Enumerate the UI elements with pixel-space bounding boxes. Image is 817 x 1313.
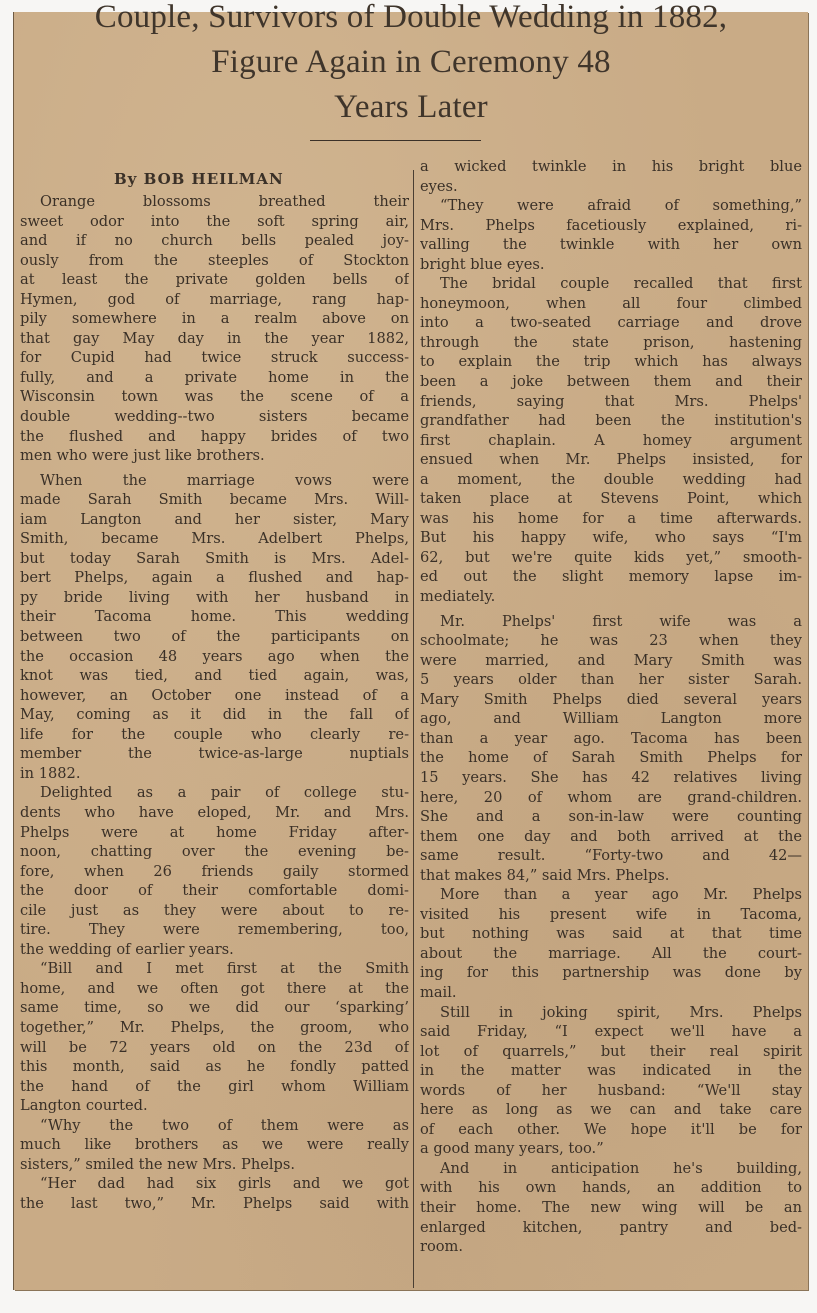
text-line: sweet odor into the soft spring air,: [20, 212, 409, 232]
text-line: men who were just like brothers.: [20, 446, 409, 466]
headline: Couple, Survivors of Double Wedding in 1…: [14, 12, 808, 130]
text-line: fully, and a private home in the: [20, 368, 409, 388]
text-line: to explain the trip which has always: [420, 352, 802, 372]
headline-line-2: Figure Again in Ceremony 48: [14, 40, 808, 85]
text-line: the home of Sarah Smith Phelps for: [420, 748, 802, 768]
text-line: “Her dad had six girls and we got: [20, 1174, 409, 1194]
text-line: much like brothers as we were really: [20, 1135, 409, 1155]
text-line: this month, said as he fondly patted: [20, 1057, 409, 1077]
text-line: sisters,” smiled the new Mrs. Phelps.: [20, 1155, 409, 1175]
paragraph: “They were afraid of something,”Mrs. Phe…: [420, 196, 802, 274]
text-line: ing for this partnership was done by: [420, 963, 802, 983]
text-line: at least the private golden bells of: [20, 270, 409, 290]
text-line: Langton courted.: [20, 1096, 409, 1116]
text-line: with his own hands, an addition to: [420, 1178, 802, 1198]
text-line: the hand of the girl whom William: [20, 1077, 409, 1097]
paragraph: Delighted as a pair of college stu-dents…: [20, 783, 409, 959]
text-line: lot of quarrels,” but their real spirit: [420, 1042, 802, 1062]
text-line: Hymen, god of marriage, rang hap-: [20, 290, 409, 310]
text-line: room.: [420, 1237, 802, 1257]
text-line: was his home for a time afterwards.: [420, 509, 802, 529]
text-line: Wisconsin town was the scene of a: [20, 387, 409, 407]
text-line: Smith, became Mrs. Adelbert Phelps,: [20, 529, 409, 549]
text-line: same time, so we did our ‘sparking’: [20, 998, 409, 1018]
right-column: a wicked twinkle in his bright blueeyes.…: [420, 157, 802, 1257]
text-line: “They were afraid of something,”: [420, 196, 802, 216]
text-line: eyes.: [420, 177, 802, 197]
text-line: the flushed and happy brides of two: [20, 427, 409, 447]
text-line: ensued when Mr. Phelps insisted, for: [420, 450, 802, 470]
text-line: here as long as we can and take care: [420, 1100, 802, 1120]
left-column: By BOB HEILMAN Orange blossoms breathed …: [20, 168, 409, 1213]
text-line: And in anticipation he's building,: [420, 1159, 802, 1179]
text-line: in 1882.: [20, 764, 409, 784]
text-line: the occasion 48 years ago when the: [20, 647, 409, 667]
text-line: a wicked twinkle in his bright blue: [420, 157, 802, 177]
text-line: life for the couple who clearly re-: [20, 725, 409, 745]
text-line: noon, chatting over the evening be-: [20, 842, 409, 862]
text-line: “Why the two of them were as: [20, 1116, 409, 1136]
text-line: into a two-seated carriage and drove: [420, 313, 802, 333]
text-line: said Friday, “I expect we'll have a: [420, 1022, 802, 1042]
text-line: member the twice-as-large nuptials: [20, 744, 409, 764]
text-line: bert Phelps, again a flushed and hap-: [20, 568, 409, 588]
text-line: bright blue eyes.: [420, 255, 802, 275]
headline-rule: [310, 140, 481, 141]
text-line: double wedding--two sisters became: [20, 407, 409, 427]
text-line: made Sarah Smith became Mrs. Will-: [20, 490, 409, 510]
text-line: a moment, the double wedding had: [420, 470, 802, 490]
paragraph: More than a year ago Mr. Phelpsvisited h…: [420, 885, 802, 1002]
text-line: friends, saying that Mrs. Phelps': [420, 392, 802, 412]
text-line: She and a son-in-law were counting: [420, 807, 802, 827]
text-line: valling the twinkle with her own: [420, 235, 802, 255]
text-line: the last two,” Mr. Phelps said with: [20, 1194, 409, 1214]
paragraph: And in anticipation he's building,with h…: [420, 1159, 802, 1257]
text-line: been a joke between them and their: [420, 372, 802, 392]
text-line: however, an October one instead of a: [20, 686, 409, 706]
text-line: in the matter was indicated in the: [420, 1061, 802, 1081]
text-line: the door of their comfortable domi-: [20, 881, 409, 901]
text-line: will be 72 years old on the 23d of: [20, 1038, 409, 1058]
text-line: together,” Mr. Phelps, the groom, who: [20, 1018, 409, 1038]
text-line: The bridal couple recalled that first: [420, 274, 802, 294]
text-line: Still in joking spirit, Mrs. Phelps: [420, 1003, 802, 1023]
text-line: py bride living with her husband in: [20, 588, 409, 608]
column-divider: [413, 170, 414, 1288]
paragraph: “Bill and I met first at the Smithhome, …: [20, 959, 409, 1115]
text-line: taken place at Stevens Point, which: [420, 489, 802, 509]
text-line: dents who have eloped, Mr. and Mrs.: [20, 803, 409, 823]
text-line: knot was tied, and tied again, was,: [20, 666, 409, 686]
text-line: the wedding of earlier years.: [20, 940, 409, 960]
paragraph: Mr. Phelps' first wife was aschoolmate; …: [420, 612, 802, 886]
text-line: words of her husband: “We'll stay: [420, 1081, 802, 1101]
text-line: ously from the steeples of Stockton: [20, 251, 409, 271]
text-line: Mrs. Phelps facetiously explained, ri-: [420, 216, 802, 236]
text-line: Phelps were at home Friday after-: [20, 823, 409, 843]
text-line: “Bill and I met first at the Smith: [20, 959, 409, 979]
text-line: here, 20 of whom are grand-children.: [420, 788, 802, 808]
text-line: tire. They were remembering, too,: [20, 920, 409, 940]
text-line: between two of the participants on: [20, 627, 409, 647]
text-line: More than a year ago Mr. Phelps: [420, 885, 802, 905]
text-line: 5 years older than her sister Sarah.: [420, 670, 802, 690]
text-line: Mary Smith Phelps died several years: [420, 690, 802, 710]
text-line: than a year ago. Tacoma has been: [420, 729, 802, 749]
text-line: When the marriage vows were: [20, 471, 409, 491]
paragraph: Still in joking spirit, Mrs. Phelpssaid …: [420, 1003, 802, 1159]
text-line: 62, but we're quite kids yet,” smooth-: [420, 548, 802, 568]
text-line: but nothing was said at that time: [420, 924, 802, 944]
text-line: iam Langton and her sister, Mary: [20, 510, 409, 530]
text-line: pily somewhere in a realm above on: [20, 309, 409, 329]
byline: By BOB HEILMAN: [20, 168, 409, 190]
text-line: first chaplain. A homey argument: [420, 431, 802, 451]
text-line: ed out the slight memory lapse im-: [420, 567, 802, 587]
headline-line-3: Years Later: [14, 85, 808, 130]
text-line: Delighted as a pair of college stu-: [20, 783, 409, 803]
text-line: were married, and Mary Smith was: [420, 651, 802, 671]
text-line: of each other. We hope it'll be for: [420, 1120, 802, 1140]
paragraph: “Her dad had six girls and we gotthe las…: [20, 1174, 409, 1213]
text-line: grandfather had been the institution's: [420, 411, 802, 431]
text-line: home, and we often got there at the: [20, 979, 409, 999]
text-line: their Tacoma home. This wedding: [20, 607, 409, 627]
text-line: a good many years, too.”: [420, 1139, 802, 1159]
text-line: enlarged kitchen, pantry and bed-: [420, 1218, 802, 1238]
text-line: Orange blossoms breathed their: [20, 192, 409, 212]
text-line: schoolmate; he was 23 when they: [420, 631, 802, 651]
text-line: fore, when 26 friends gaily stormed: [20, 862, 409, 882]
text-line: about the marriage. All the court-: [420, 944, 802, 964]
text-line: same result. “Forty-two and 42—: [420, 846, 802, 866]
text-line: But his happy wife, who says “I'm: [420, 528, 802, 548]
text-line: for Cupid had twice struck success-: [20, 348, 409, 368]
text-line: cile just as they were about to re-: [20, 901, 409, 921]
text-line: mediately.: [420, 587, 802, 607]
text-line: May, coming as it did in the fall of: [20, 705, 409, 725]
text-line: mail.: [420, 983, 802, 1003]
text-line: honeymoon, when all four climbed: [420, 294, 802, 314]
paragraph: Orange blossoms breathed theirsweet odor…: [20, 192, 409, 466]
paragraph: When the marriage vows weremade Sarah Sm…: [20, 471, 409, 784]
text-line: and if no church bells pealed joy-: [20, 231, 409, 251]
left-column-body: Orange blossoms breathed theirsweet odor…: [20, 192, 409, 1213]
text-line: them one day and both arrived at the: [420, 827, 802, 847]
text-line: visited his present wife in Tacoma,: [420, 905, 802, 925]
text-line: their home. The new wing will be an: [420, 1198, 802, 1218]
text-line: but today Sarah Smith is Mrs. Adel-: [20, 549, 409, 569]
paragraph: The bridal couple recalled that firsthon…: [420, 274, 802, 606]
text-line: ago, and William Langton more: [420, 709, 802, 729]
text-line: Mr. Phelps' first wife was a: [420, 612, 802, 632]
text-line: through the state prison, hastening: [420, 333, 802, 353]
right-column-body: a wicked twinkle in his bright blueeyes.…: [420, 157, 802, 1257]
newspaper-clipping: Couple, Survivors of Double Wedding in 1…: [14, 12, 808, 1290]
paragraph: a wicked twinkle in his bright blueeyes.: [420, 157, 802, 196]
paragraph: “Why the two of them were asmuch like br…: [20, 1116, 409, 1175]
text-line: 15 years. She has 42 relatives living: [420, 768, 802, 788]
text-line: that makes 84,” said Mrs. Phelps.: [420, 866, 802, 886]
headline-line-1: Couple, Survivors of Double Wedding in 1…: [14, 0, 808, 40]
text-line: that gay May day in the year 1882,: [20, 329, 409, 349]
